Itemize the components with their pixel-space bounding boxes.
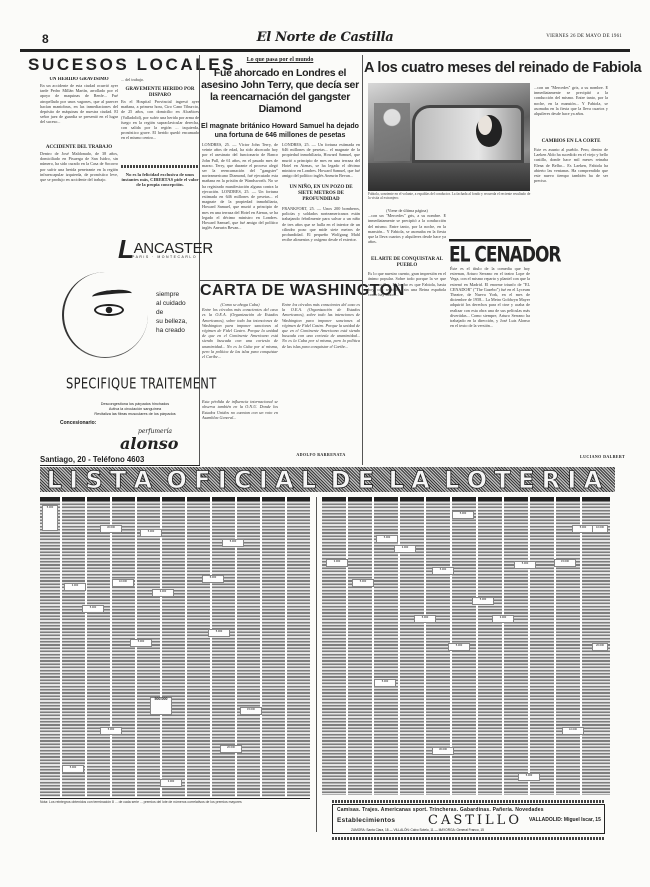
banner-letter: I bbox=[218, 466, 233, 494]
castillo-branches: ZAMORA: Santa Clara, 18 — VILLALÓN: Calv… bbox=[351, 828, 484, 832]
table-divider bbox=[316, 497, 317, 832]
eyebrow-icon bbox=[92, 288, 133, 301]
photo-caption: Fabiola, sonriente en el volante, a espa… bbox=[368, 192, 532, 201]
product-benefits: Descongestiona los párpados hinchados Ac… bbox=[60, 402, 210, 417]
fabiola-body-left: ...con un "Mercedes" gris, a su nombre. … bbox=[368, 213, 446, 255]
column-divider bbox=[210, 497, 212, 797]
banner-letter: L bbox=[389, 466, 410, 494]
slogan-line: de bbox=[156, 308, 187, 317]
sucesos-column-1: UN HERIDO GRAVISIMO En un accidente de e… bbox=[40, 77, 118, 217]
column-divider bbox=[60, 497, 62, 797]
fabiola-column-left: (Viene de última página) ...con un "Merc… bbox=[368, 208, 446, 462]
lancaster-brand: LANCASTER bbox=[118, 234, 213, 265]
prize-box: 3.000 bbox=[160, 779, 182, 787]
banner-letter: S bbox=[85, 466, 108, 494]
fabiola-subhead-2: EL ARTE DE CONQUISTAR AL PUEBLO bbox=[368, 257, 446, 269]
ad-slogan: siempre al cuidado de su belleza, ha cre… bbox=[156, 290, 187, 335]
castillo-name: CASTILLO bbox=[428, 813, 522, 828]
photo-car-window bbox=[412, 105, 524, 163]
banner-letter: A bbox=[583, 466, 608, 494]
sucesos-title: SUCESOS LOCALES bbox=[28, 55, 200, 75]
world-body-1: LONDRES, 25. — Víctor John Terry, de vei… bbox=[202, 142, 278, 280]
prize-box: 10.000 bbox=[112, 579, 134, 587]
fabiola-headline: A los cuatro meses del reinado de Fabiol… bbox=[364, 60, 644, 76]
carta-body-2: Esta pérdida de influencia internacional… bbox=[202, 399, 278, 459]
prize-box: 5.000 bbox=[448, 643, 470, 651]
prize-box: 5.000 bbox=[518, 773, 540, 781]
castillo-address: VALLADOLID: Miguel Iscar, 15 bbox=[529, 817, 601, 823]
prize-box: 5.000 bbox=[82, 605, 104, 613]
fabiola-body: ...con un "Mercedes" gris, a su nombre. … bbox=[534, 85, 608, 137]
prize-box: 5.000 bbox=[130, 639, 152, 647]
prize-box: 20.000 bbox=[220, 745, 242, 753]
banner-letter: T bbox=[110, 466, 132, 494]
prize-box: 3.000 bbox=[152, 589, 174, 597]
fabiola-byline: LUCIANO DALBERT bbox=[580, 454, 625, 459]
table-header bbox=[40, 497, 310, 501]
sucesos-headline-3: GRAVEMENTE HERIDO POR DISPARO bbox=[121, 87, 199, 99]
table-header bbox=[322, 497, 610, 501]
banner-letter: F bbox=[194, 466, 216, 494]
prize-box: 15.000 bbox=[240, 707, 262, 715]
banner-letter: A bbox=[411, 466, 436, 494]
lottery-banner: L I S T A O F I C I A L D E L A L O T E … bbox=[40, 467, 615, 492]
prize-box: 10.000 bbox=[562, 727, 584, 735]
banner-letter: E bbox=[358, 466, 380, 494]
photo-bystanders bbox=[374, 103, 410, 161]
benefit-line: Revitaliza las fibras musculares de los … bbox=[60, 412, 210, 417]
newspaper-name: El Norte de Castilla bbox=[20, 30, 630, 45]
sucesos-text-1: En un accidente de esta ciudad ocurrió a… bbox=[40, 83, 118, 145]
world-body-2: LONDRES, 25. — Un fortuna estimada en 64… bbox=[282, 142, 360, 280]
issue-date: VIERNES 26 DE MAYO DE 1961 bbox=[546, 34, 622, 39]
lancaster-ad: LANCASTER PARIS · MONTECARLO siempre al … bbox=[20, 222, 198, 454]
photo-car-body bbox=[368, 163, 530, 191]
world-body-text-2: LONDRES, 25. — Un fortuna estimada en 64… bbox=[202, 189, 278, 230]
prize-box: 5.000 bbox=[414, 615, 436, 623]
eye-illustration bbox=[62, 272, 148, 358]
store-name: alonso bbox=[120, 434, 178, 453]
prize-box: 5.000 bbox=[140, 529, 162, 537]
banner-letter: E bbox=[518, 466, 540, 494]
lottery-table-right: 5.000 3.000 5.000 5.000 10.000 3.000 5.0… bbox=[322, 497, 610, 795]
column-divider bbox=[185, 497, 187, 797]
column-divider bbox=[554, 497, 556, 795]
photo-face bbox=[476, 115, 502, 147]
prize-box: 30.000 bbox=[432, 747, 454, 755]
prize-box: 5.000 bbox=[514, 561, 536, 569]
prize-box: 30.000 bbox=[100, 525, 122, 533]
lottery-footnote: Nota: Los reintegros obtenidos con termi… bbox=[40, 798, 310, 806]
banner-letter: O bbox=[167, 466, 193, 494]
cenador-title: EL CENADOR bbox=[449, 239, 531, 268]
fabiola-body-3: Es lo que nuestro cuento, gran impresión… bbox=[368, 271, 446, 462]
banner-letter: I bbox=[567, 466, 582, 494]
banner-letter: L bbox=[47, 466, 68, 494]
banner-letter: L bbox=[301, 466, 322, 494]
banner-letter: O bbox=[467, 466, 493, 494]
world-body-3: FRANKFORT, 25. — Unos 200 bomberos, poli… bbox=[282, 206, 360, 280]
column-divider bbox=[285, 497, 287, 797]
column-divider bbox=[260, 497, 262, 797]
world-body-col2: LONDRES, 25. — Un fortuna estimada en 64… bbox=[282, 142, 360, 182]
prize-box: 15.000 bbox=[554, 559, 576, 567]
column-divider bbox=[160, 497, 162, 797]
fabiola-column-right: ...con un "Mercedes" gris, a su nombre. … bbox=[534, 85, 608, 461]
banner-letter: A bbox=[275, 466, 300, 494]
prize-box: 5.000 bbox=[100, 727, 122, 735]
cenador-body: Éste es el título de la comedia que hoy … bbox=[450, 266, 530, 460]
sucesos-column-2: ... del trabajo. GRAVEMENTE HERIDO POR D… bbox=[121, 77, 199, 217]
column-divider bbox=[85, 497, 87, 797]
column-divider bbox=[372, 497, 374, 795]
column-divider bbox=[398, 497, 400, 795]
castillo-establishments: Establecimientos bbox=[337, 817, 395, 824]
banner-letter: C bbox=[234, 466, 258, 494]
prize-box: 5.000 bbox=[376, 535, 398, 543]
banner-letter: D bbox=[331, 466, 357, 494]
masthead-rule bbox=[20, 49, 630, 52]
column-divider bbox=[110, 497, 112, 797]
prize-box: 5.000 bbox=[222, 539, 244, 547]
ad-border-top bbox=[332, 800, 605, 803]
prize-box: 20.000 bbox=[592, 643, 608, 651]
slogan-line: al cuidado bbox=[156, 299, 187, 308]
world-body-text: LONDRES, 25. — Víctor John Terry, de vei… bbox=[202, 142, 278, 194]
prize-box: 3.000 bbox=[64, 583, 86, 591]
column-divider bbox=[135, 497, 137, 797]
prize-box: 5.000 bbox=[374, 679, 396, 687]
world-subhead: UN NIÑO, EN UN POZO DE SIETE METROS DE P… bbox=[282, 185, 360, 203]
sucesos-text-3: En el Hospital Provincial ingresó ayer m… bbox=[121, 99, 199, 161]
prize-box-main: 500.000 bbox=[150, 697, 172, 715]
concessionaire-label: Concesionario: bbox=[60, 420, 96, 426]
slogan-line: siempre bbox=[156, 290, 187, 299]
banner-letter: I bbox=[69, 466, 84, 494]
carta-body-3: Entre los círculos más conscientes del c… bbox=[282, 302, 360, 452]
fabiola-body-2: Este es asunto al pueblo. Pero, dentro d… bbox=[534, 147, 608, 447]
column-divider bbox=[580, 497, 582, 795]
lottery-table-left: 5.000 30.000 5.000 5.000 3.000 5.000 10.… bbox=[40, 497, 310, 797]
banner-letter: T bbox=[494, 466, 516, 494]
column-divider bbox=[346, 497, 348, 795]
lancaster-subtitle: PARIS · MONTECARLO bbox=[132, 255, 197, 259]
fabiola-subhead: CAMBIOS EN LA CORTE bbox=[534, 139, 608, 145]
world-headline: Fué ahorcado en Londres el asesino John … bbox=[200, 67, 360, 115]
sucesos-text-2: Dentro de José Maldonado, de 38 años, do… bbox=[40, 151, 118, 211]
sucesos-continued: ... del trabajo. bbox=[121, 77, 199, 87]
carta-title: CARTA DE WASHINGTON bbox=[200, 282, 362, 300]
prize-box: 5.000 bbox=[572, 525, 594, 533]
prize-box: 5.000 bbox=[432, 567, 454, 575]
carta-byline: ADOLFO BARRENATA bbox=[282, 452, 360, 457]
prize-box: 3.000 bbox=[326, 559, 348, 567]
prize-box: 5.000 bbox=[202, 575, 224, 583]
column-rule bbox=[362, 55, 363, 465]
eye-icon bbox=[94, 304, 124, 316]
banner-letter: I bbox=[259, 466, 274, 494]
banner-letter: R bbox=[542, 466, 566, 494]
column-divider bbox=[424, 497, 426, 795]
prize-box: 5.000 bbox=[42, 505, 58, 531]
masthead: 8 El Norte de Castilla VIERNES 26 DE MAY… bbox=[20, 28, 630, 50]
slogan-line: ha creado bbox=[156, 326, 187, 335]
world-deck: El magnate británico Howard Samuel ha de… bbox=[200, 122, 360, 140]
prize-box: 3.000 bbox=[492, 615, 514, 623]
prize-box: 5.000 bbox=[472, 597, 494, 605]
prize-box: 10.000 bbox=[592, 525, 608, 533]
divider bbox=[121, 165, 199, 168]
carta-column-2: Entre los círculos más conscientes del c… bbox=[282, 302, 360, 462]
column-divider bbox=[476, 497, 478, 795]
product-name: SPECIFIQUE TRAITEMENT bbox=[66, 374, 217, 392]
ad-border-bottom bbox=[332, 837, 605, 840]
prize-box: 3.000 bbox=[394, 545, 416, 553]
fabiola-photo bbox=[368, 83, 530, 191]
store-address: Santiago, 20 - Teléfono 4603 bbox=[40, 455, 200, 466]
prize-box: 5.000 bbox=[452, 511, 474, 519]
prize-box: 5.000 bbox=[352, 579, 374, 587]
section-rule bbox=[200, 280, 362, 281]
column-divider bbox=[528, 497, 530, 795]
promo-text: No es la felicidad exclusiva de unos ins… bbox=[121, 172, 199, 188]
column-divider bbox=[502, 497, 504, 795]
castillo-ad: Camisas. Trajes. Americanas sport. Trinc… bbox=[332, 804, 605, 834]
slogan-line: su belleza, bbox=[156, 317, 187, 326]
world-kicker: Lo que pasa por el mundo bbox=[200, 57, 360, 63]
brand-initial: L bbox=[118, 234, 134, 264]
prize-box: 5.000 bbox=[208, 629, 230, 637]
banner-letter: L bbox=[444, 466, 465, 494]
banner-letter: A bbox=[133, 466, 158, 494]
prize-box: 5.000 bbox=[62, 765, 84, 773]
